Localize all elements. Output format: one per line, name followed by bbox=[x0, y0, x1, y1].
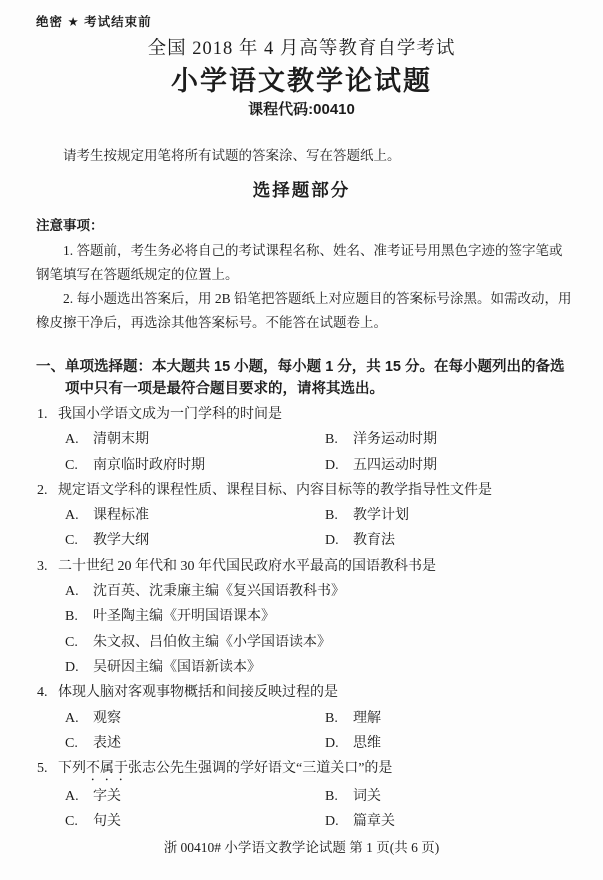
option-c: C.教学大纲 bbox=[65, 528, 325, 553]
option-b: B.教学计划 bbox=[325, 503, 577, 528]
option-a: A.清朝末期 bbox=[65, 427, 325, 452]
question-stem: 4. 体现人脑对客观事物概括和间接反映过程的是 bbox=[37, 680, 577, 705]
option-group: A.清朝末期 B.洋务运动时期 C.南京临时政府时期 D.五四运动时期 bbox=[65, 427, 577, 478]
section-one-heading: 一、单项选择题：本大题共 15 小题，每小题 1 分，共 15 分。在每小题列出… bbox=[36, 356, 577, 400]
option-group: A.沈百英、沈秉廉主编《复兴国语教科书》 B.叶圣陶主编《开明国语课本》 C.朱… bbox=[65, 579, 577, 680]
option-b: B.词关 bbox=[325, 784, 577, 809]
question-number: 2. bbox=[37, 478, 58, 503]
classification-banner: 绝密 ★ 考试结束前 bbox=[36, 0, 603, 30]
question-number: 5. bbox=[37, 756, 58, 784]
option-d: D.篇章关 bbox=[325, 809, 577, 834]
option-c: C.朱文叔、吕伯攸主编《小学国语读本》 bbox=[65, 630, 577, 655]
question-1: 1. 我国小学语文成为一门学科的时间是 A.清朝末期 B.洋务运动时期 C.南京… bbox=[37, 402, 577, 478]
option-c: C.南京临时政府时期 bbox=[65, 453, 325, 478]
question-text: 二十世纪 20 年代和 30 年代国民政府水平最高的国语教科书是 bbox=[58, 554, 436, 579]
note-item-1: 1. 答题前，考生务必将自己的考试课程名称、姓名、准考证号用黑色字迹的签字笔或钢… bbox=[36, 239, 573, 287]
question-text: 体现人脑对客观事物概括和间接反映过程的是 bbox=[58, 680, 338, 705]
question-5: 5. 下列不属于张志公先生强调的学好语文“三道关口”的是 A.字关 B.词关 C… bbox=[37, 756, 577, 835]
question-stem: 1. 我国小学语文成为一门学科的时间是 bbox=[37, 402, 577, 427]
question-3: 3. 二十世纪 20 年代和 30 年代国民政府水平最高的国语教科书是 A.沈百… bbox=[37, 554, 577, 680]
question-number: 1. bbox=[37, 402, 58, 427]
exam-paper-page: 绝密 ★ 考试结束前 全国 2018 年 4 月高等教育自学考试 小学语文教学论… bbox=[0, 0, 603, 880]
question-list: 1. 我国小学语文成为一门学科的时间是 A.清朝末期 B.洋务运动时期 C.南京… bbox=[37, 402, 577, 835]
option-b: B.理解 bbox=[325, 706, 577, 731]
question-number: 4. bbox=[37, 680, 58, 705]
question-stem: 2. 规定语文学科的课程性质、课程目标、内容目标等的教学指导性文件是 bbox=[37, 478, 577, 503]
paper-title: 小学语文教学论试题 bbox=[0, 65, 603, 97]
option-d: D.吴研因主编《国语新读本》 bbox=[65, 655, 577, 680]
question-2: 2. 规定语文学科的课程性质、课程目标、内容目标等的教学指导性文件是 A.课程标… bbox=[37, 478, 577, 554]
option-c: C.表述 bbox=[65, 731, 325, 756]
option-c: C.句关 bbox=[65, 809, 325, 834]
option-d: D.教育法 bbox=[325, 528, 577, 553]
option-group: A.字关 B.词关 C.句关 D.篇章关 bbox=[65, 784, 577, 835]
option-group: A.观察 B.理解 C.表述 D.思维 bbox=[65, 706, 577, 757]
question-stem: 3. 二十世纪 20 年代和 30 年代国民政府水平最高的国语教科书是 bbox=[37, 554, 577, 579]
option-group: A.课程标准 B.教学计划 C.教学大纲 D.教育法 bbox=[65, 503, 577, 554]
option-d: D.思维 bbox=[325, 731, 577, 756]
notes-heading: 注意事项： bbox=[36, 217, 603, 235]
option-d: D.五四运动时期 bbox=[325, 453, 577, 478]
option-a: A.字关 bbox=[65, 784, 325, 809]
note-item-2: 2. 每小题选出答案后，用 2B 铅笔把答题纸上对应题目的答案标号涂黑。如需改动… bbox=[36, 287, 573, 335]
question-number: 3. bbox=[37, 554, 58, 579]
option-b: B.叶圣陶主编《开明国语课本》 bbox=[65, 604, 577, 629]
option-a: A.沈百英、沈秉廉主编《复兴国语教科书》 bbox=[65, 579, 577, 604]
option-b: B.洋务运动时期 bbox=[325, 427, 577, 452]
course-code: 课程代码:00410 bbox=[0, 101, 603, 119]
exam-session-title: 全国 2018 年 4 月高等教育自学考试 bbox=[0, 38, 603, 60]
question-text: 下列不属于张志公先生强调的学好语文“三道关口”的是 bbox=[58, 756, 392, 784]
part-heading-multiple-choice: 选择题部分 bbox=[0, 179, 603, 201]
answer-sheet-instruction: 请考生按规定用笔将所有试题的答案涂、写在答题纸上。 bbox=[36, 147, 573, 165]
emphasized-text: 不属于 bbox=[86, 761, 128, 776]
question-4: 4. 体现人脑对客观事物概括和间接反映过程的是 A.观察 B.理解 C.表述 D… bbox=[37, 680, 577, 756]
option-a: A.课程标准 bbox=[65, 503, 325, 528]
question-text: 我国小学语文成为一门学科的时间是 bbox=[58, 402, 282, 427]
page-footer: 浙 00410# 小学语文教学论试题 第 1 页(共 6 页) bbox=[0, 836, 603, 856]
question-stem: 5. 下列不属于张志公先生强调的学好语文“三道关口”的是 bbox=[37, 756, 577, 784]
option-a: A.观察 bbox=[65, 706, 325, 731]
question-text: 规定语文学科的课程性质、课程目标、内容目标等的教学指导性文件是 bbox=[58, 478, 492, 503]
